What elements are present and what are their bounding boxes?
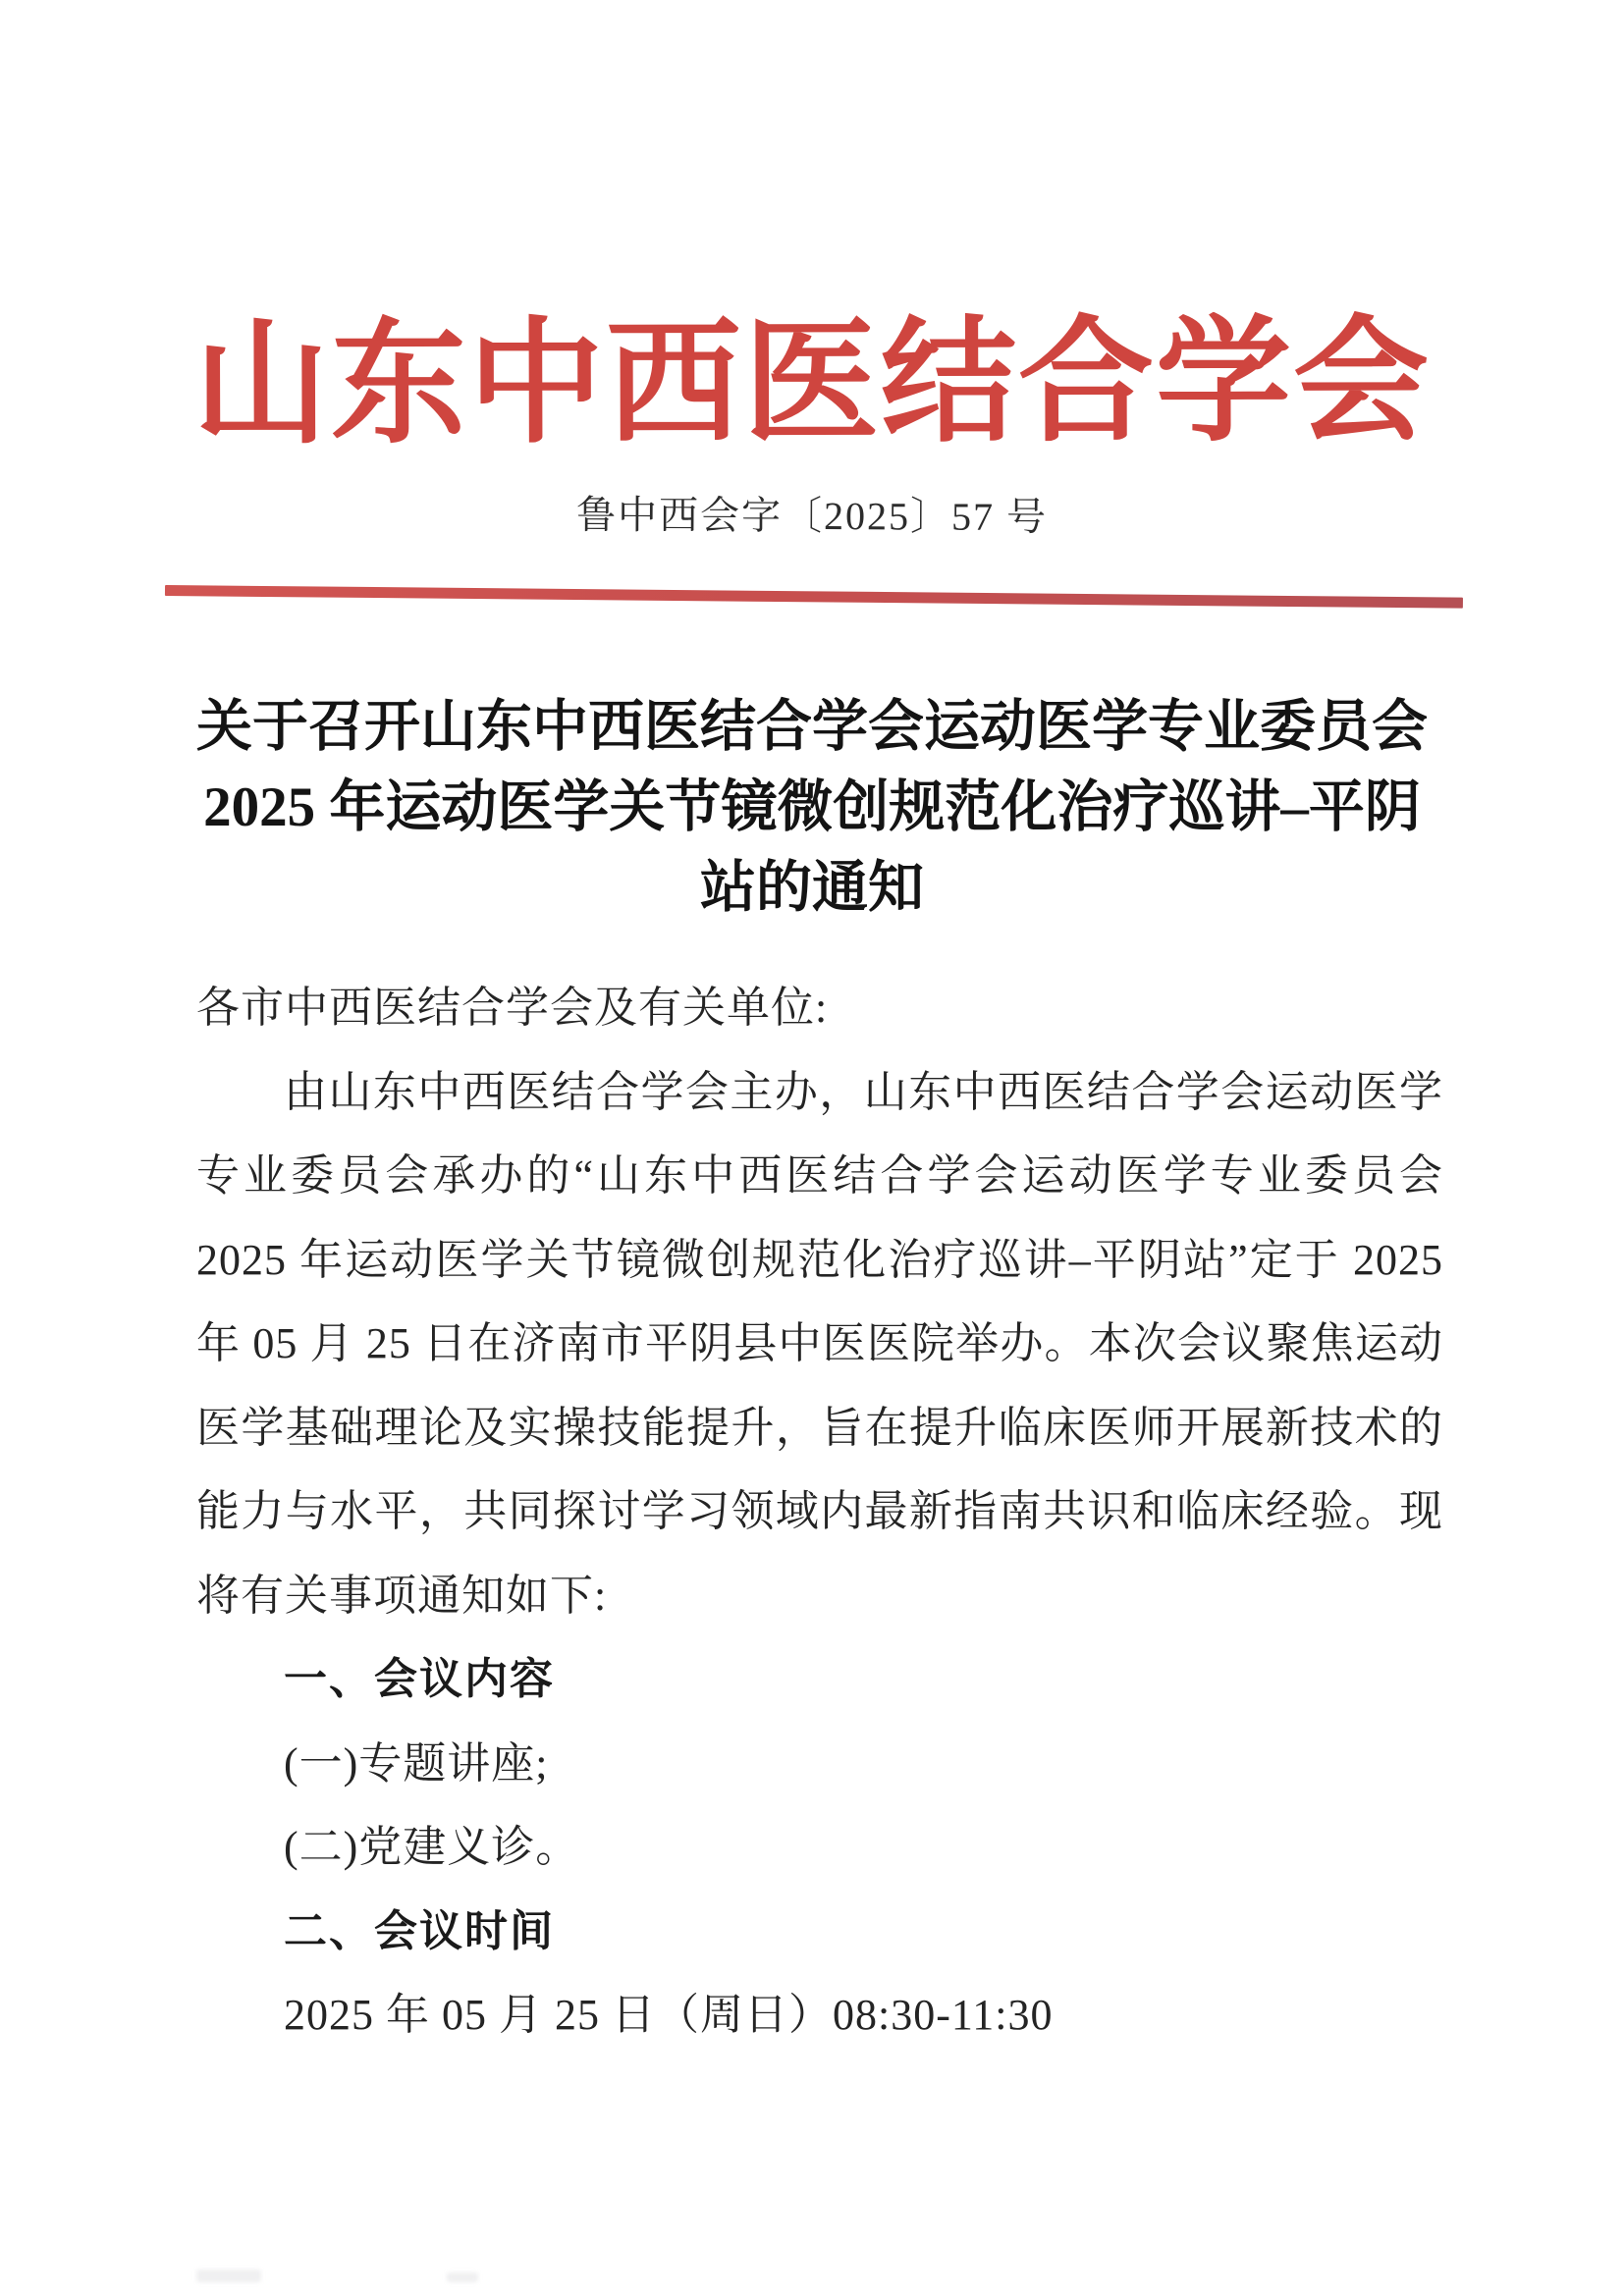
paragraph-line: 2025 年运动医学关节镜微创规范化治疗巡讲–平阴站”定于 2025 xyxy=(196,1218,1443,1303)
notice-title: 关于召开山东中西医结合学会运动医学专业委员会 2025 年运动医学关节镜微创规范… xyxy=(88,687,1536,929)
meeting-datetime-line: 2025 年 05 月 25 日（周日）08:30-11:30 xyxy=(196,1973,1443,2057)
document-reference-number: 鲁中西会字〔2025〕57 号 xyxy=(0,485,1624,547)
notice-title-line: 关于召开山东中西医结合学会运动医学专业委员会 xyxy=(88,687,1536,768)
paragraph-line: 专业委员会承办的“山东中西医结合学会运动医学专业委员会 xyxy=(196,1134,1443,1218)
scan-cutoff-smudge xyxy=(196,2269,261,2282)
section-heading-meeting-time: 二、会议时间 xyxy=(196,1890,1443,1974)
section-heading-meeting-content: 一、会议内容 xyxy=(196,1637,1443,1722)
notice-body: 各市中西医结合学会及有关单位: 由山东中西医结合学会主办，山东中西医结合学会运动… xyxy=(196,966,1443,2057)
list-item-lecture: (一)专题讲座; xyxy=(196,1722,1443,1806)
paragraph-line: 将有关事项通知如下: xyxy=(196,1554,1443,1638)
scanned-notice-page: 山东中西医结合学会 鲁中西会字〔2025〕57 号 关于召开山东中西医结合学会运… xyxy=(0,0,1624,2296)
scan-cutoff-smudge xyxy=(447,2272,478,2282)
notice-title-line: 2025 年运动医学关节镜微创规范化治疗巡讲–平阴 xyxy=(88,768,1536,848)
paragraph-line: 由山东中西医结合学会主办，山东中西医结合学会运动医学 xyxy=(196,1050,1443,1135)
paragraph-line: 能力与水平，共同探讨学习领域内最新指南共识和临床经验。现 xyxy=(196,1469,1443,1554)
red-divider-rule xyxy=(165,585,1463,609)
paragraph-line: 医学基础理论及实操技能提升，旨在提升临床医师开展新技术的 xyxy=(196,1386,1443,1470)
organization-masthead: 山东中西医结合学会 xyxy=(0,289,1624,479)
salutation-line: 各市中西医结合学会及有关单位: xyxy=(196,966,1443,1050)
paragraph-line: 年 05 月 25 日在济南市平阴县中医医院举办。本次会议聚焦运动 xyxy=(196,1302,1443,1386)
list-item-party-clinic: (二)党建义诊。 xyxy=(196,1805,1443,1890)
notice-title-line: 站的通知 xyxy=(88,848,1536,929)
